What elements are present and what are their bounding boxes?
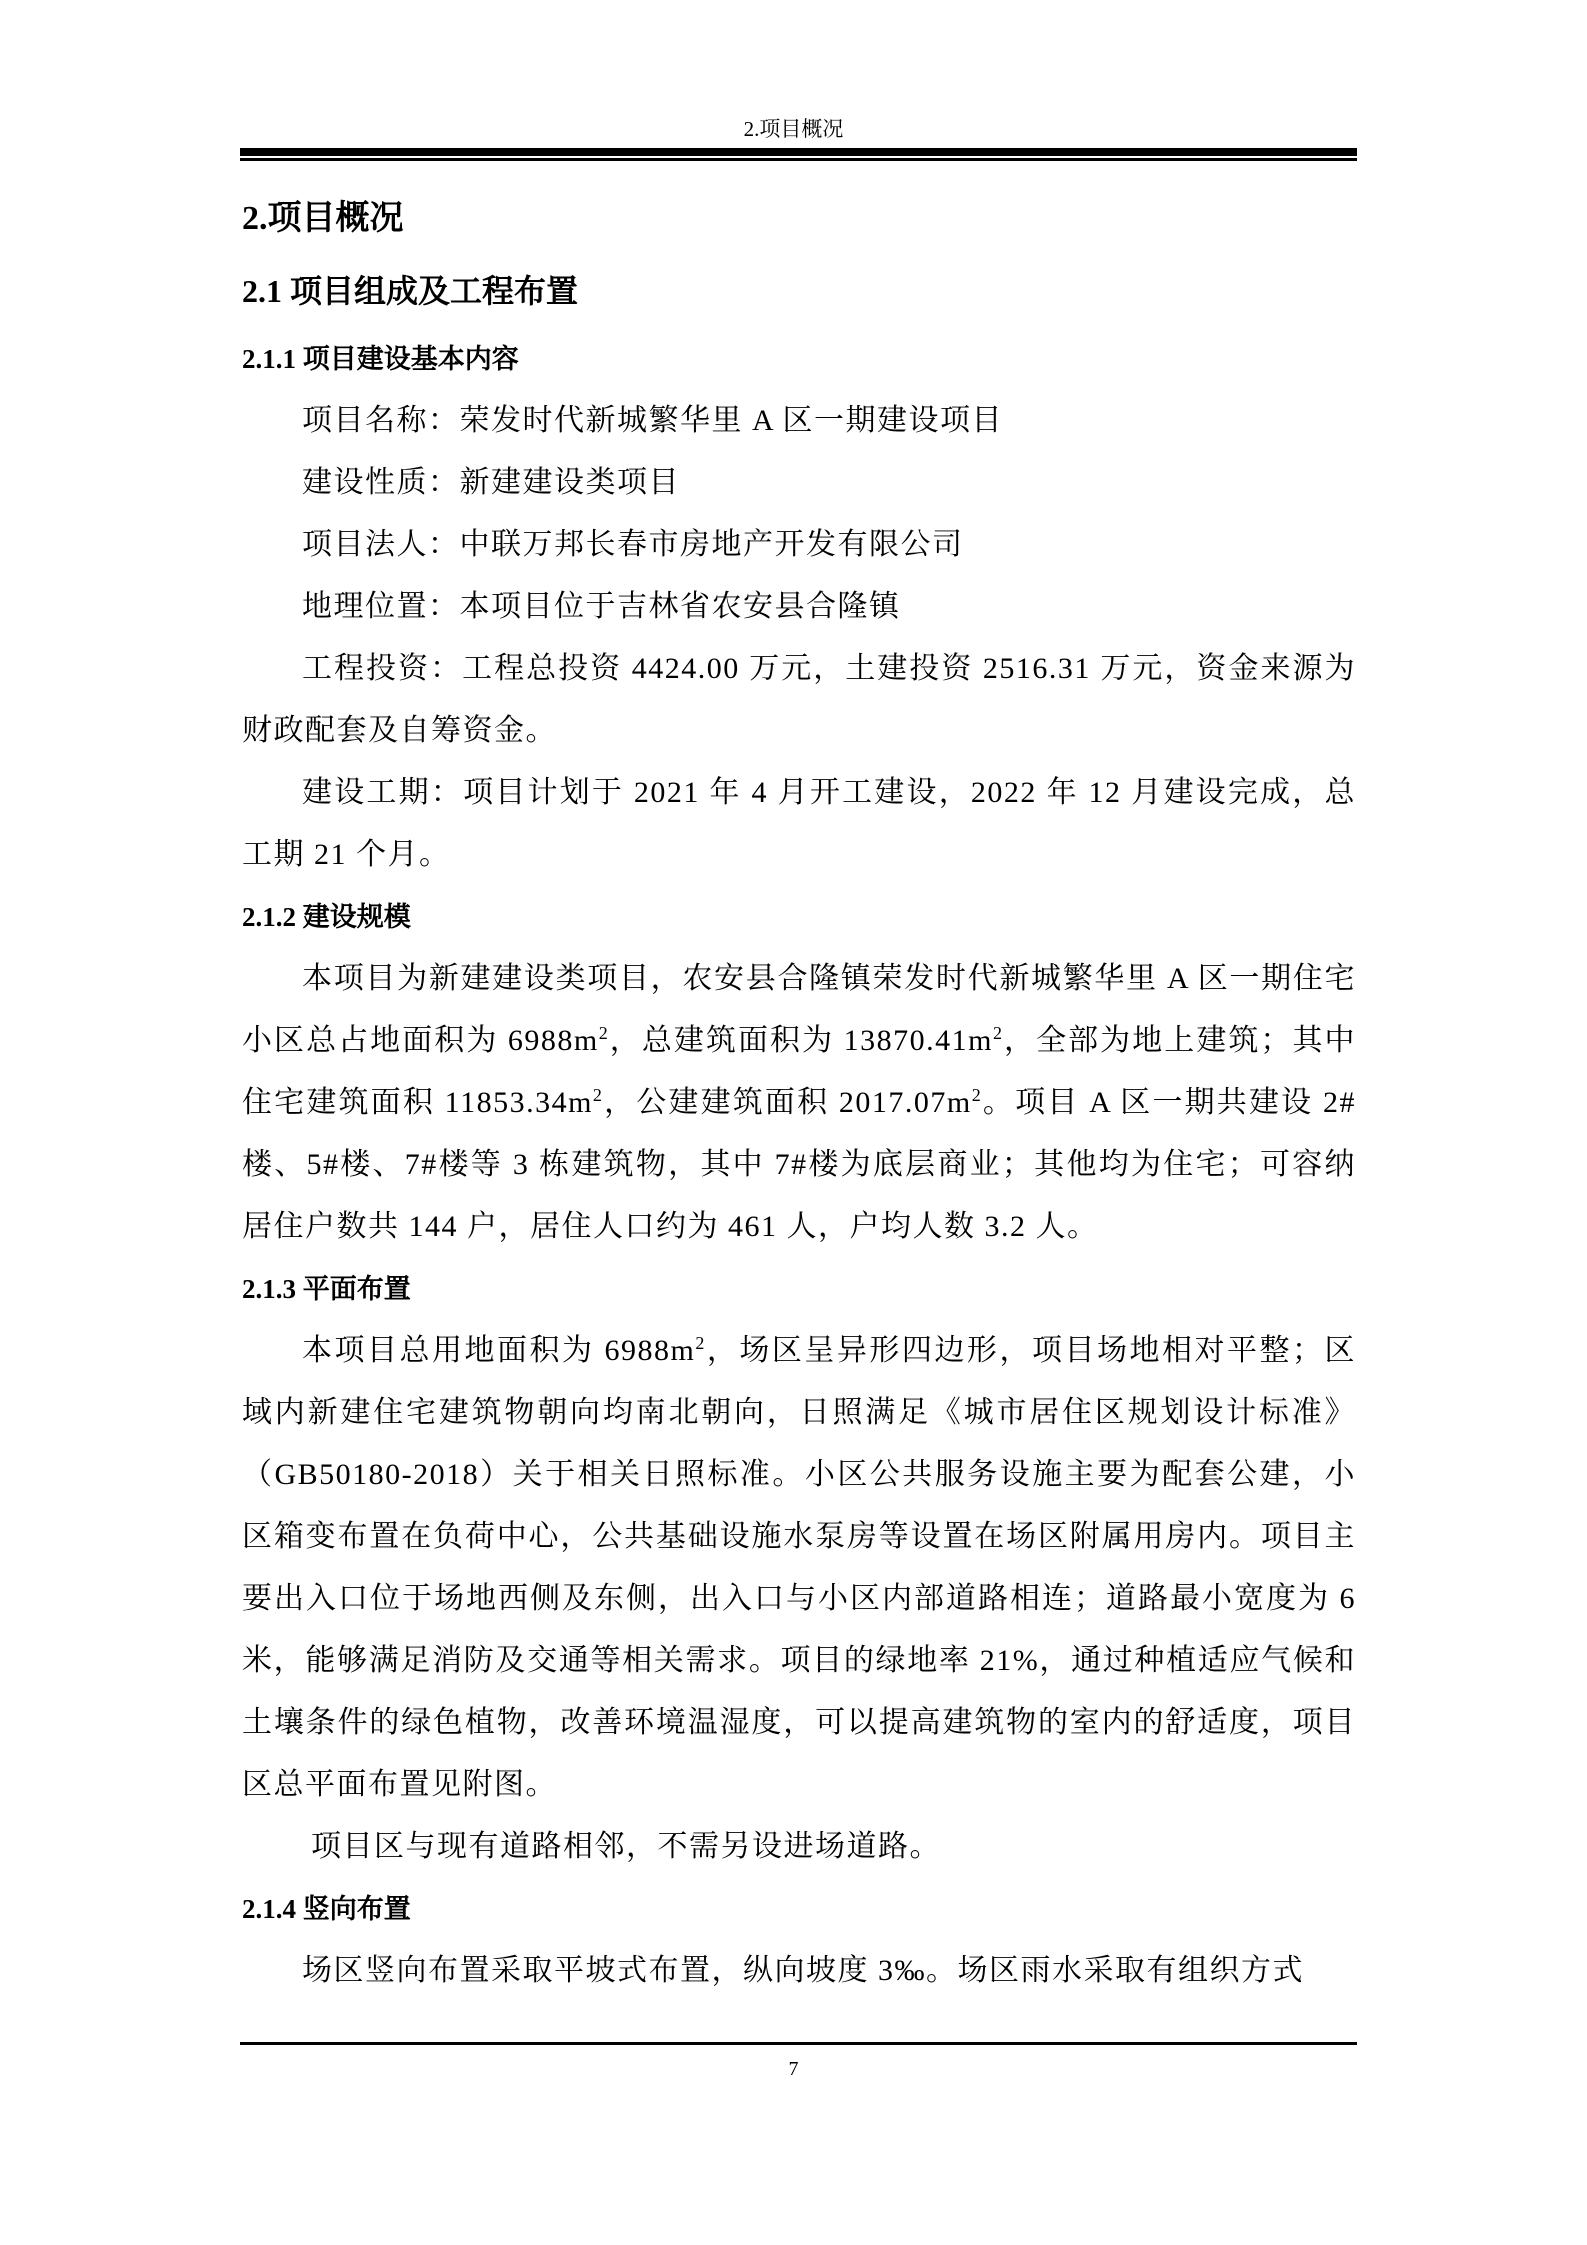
page-number: 7 <box>0 2054 1587 2084</box>
subsection-title-2-1-1: 2.1.1 项目建设基本内容 <box>242 328 1356 390</box>
field-label: 项目名称： <box>302 404 460 437</box>
subsection-title-2-1-4: 2.1.4 竖向布置 <box>242 1878 1356 1940</box>
header-rule-thick <box>240 148 1357 156</box>
field-value: 中联万邦长春市房地产开发有限公司 <box>460 528 964 561</box>
field-label: 建设性质： <box>302 466 460 499</box>
header-rule-thin <box>240 158 1357 161</box>
legal-entity-line: 项目法人：中联万邦长春市房地产开发有限公司 <box>242 514 1356 576</box>
superscript: 2 <box>599 1023 610 1043</box>
field-label: 地理位置： <box>302 590 460 623</box>
chapter-title: 2.项目概况 <box>242 190 1356 248</box>
superscript: 2 <box>972 1085 983 1105</box>
page-body: 2.项目概况 2.1 项目组成及工程布置 2.1.1 项目建设基本内容 项目名称… <box>242 190 1356 2002</box>
field-value: 荣发时代新城繁华里 A 区一期建设项目 <box>460 404 1004 437</box>
subsection-title-2-1-2: 2.1.2 建设规模 <box>242 886 1356 948</box>
superscript: 2 <box>593 1085 604 1105</box>
field-value: 本项目位于吉林省农安县合隆镇 <box>460 590 901 623</box>
text-run: 本项目总用地面积为 6988m <box>302 1334 695 1367</box>
superscript: 2 <box>695 1333 706 1353</box>
running-header: 2.项目概况 <box>0 114 1587 144</box>
field-label: 工程投资： <box>302 652 462 685</box>
footer-rule <box>240 2042 1357 2045</box>
text-run: ，总建筑面积为 13870.41m <box>609 1024 993 1057</box>
project-name-line: 项目名称：荣发时代新城繁华里 A 区一期建设项目 <box>242 390 1356 452</box>
field-label: 项目法人： <box>302 528 460 561</box>
subsection-title-2-1-3: 2.1.3 平面布置 <box>242 1258 1356 1320</box>
section-title-2-1: 2.1 项目组成及工程布置 <box>242 262 1356 320</box>
text-run: ，公建建筑面积 2017.07m <box>603 1086 971 1119</box>
superscript: 2 <box>993 1023 1004 1043</box>
layout-paragraph: 本项目总用地面积为 6988m2，场区呈异形四边形，项目场地相对平整；区域内新建… <box>242 1320 1356 1816</box>
investment-paragraph: 工程投资：工程总投资 4424.00 万元，土建投资 2516.31 万元，资金… <box>242 638 1356 762</box>
road-paragraph: 项目区与现有道路相邻，不需另设进场道路。 <box>242 1816 1356 1878</box>
vertical-layout-paragraph: 场区竖向布置采取平坡式布置，纵向坡度 3‰。场区雨水采取有组织方式 <box>242 1940 1356 2002</box>
scale-paragraph: 本项目为新建建设类项目，农安县合隆镇荣发时代新城繁华里 A 区一期住宅小区总占地… <box>242 948 1356 1258</box>
field-value: 新建建设类项目 <box>460 466 681 499</box>
field-label: 建设工期： <box>302 776 463 809</box>
construction-nature-line: 建设性质：新建建设类项目 <box>242 452 1356 514</box>
location-line: 地理位置：本项目位于吉林省农安县合隆镇 <box>242 576 1356 638</box>
text-run: ，场区呈异形四边形，项目场地相对平整；区域内新建住宅建筑物朝向均南北朝向，日照满… <box>242 1334 1356 1801</box>
schedule-paragraph: 建设工期：项目计划于 2021 年 4 月开工建设，2022 年 12 月建设完… <box>242 762 1356 886</box>
